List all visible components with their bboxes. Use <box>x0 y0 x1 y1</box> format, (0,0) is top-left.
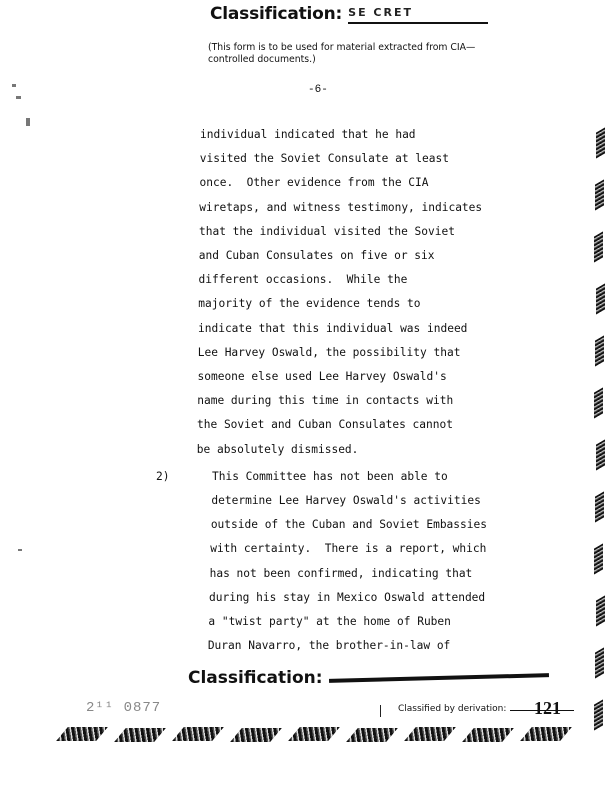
text-line: name during this time in contacts with <box>197 394 453 407</box>
border-stripe <box>596 283 605 314</box>
scan-speck <box>18 549 22 551</box>
text-line: outside of the Cuban and Soviet Embassie… <box>211 518 487 531</box>
form-note: (This form is to be used for material ex… <box>208 42 508 66</box>
border-stripe <box>230 728 282 742</box>
border-stripe <box>594 699 603 730</box>
document-page: Classification:SE CRET (This form is to … <box>0 0 612 791</box>
text-line: during his stay in Mexico Oswald attende… <box>209 591 485 604</box>
text-line: This Committee has not been able to <box>212 470 448 483</box>
border-stripe <box>346 728 398 742</box>
scan-speck <box>12 84 16 87</box>
text-line: different occasions. While the <box>199 273 408 286</box>
text-line: visited the Soviet Consulate at least <box>200 152 449 165</box>
text-line: that the individual visited the Soviet <box>199 225 455 238</box>
text-line: a "twist party" at the home of Ruben <box>208 615 450 628</box>
redaction-line <box>329 673 549 683</box>
border-stripe <box>56 727 108 741</box>
text-line: the Soviet and Cuban Consulates cannot <box>197 418 453 431</box>
text-line: wiretaps, and witness testimony, indicat… <box>199 201 482 214</box>
border-stripe <box>114 728 166 742</box>
text-line: and Cuban Consulates on five or six <box>199 249 435 262</box>
classification-label: Classification: <box>210 4 342 24</box>
text-line: Lee Harvey Oswald, the possibility that <box>198 346 461 359</box>
text-line: someone else used Lee Harvey Oswald's <box>198 370 447 383</box>
item-number-2: 2) <box>156 470 169 483</box>
border-stripe <box>462 728 514 742</box>
classification-header: Classification:SE CRET <box>210 4 488 24</box>
text-line: determine Lee Harvey Oswald's activities <box>211 494 480 507</box>
border-stripe <box>172 727 224 741</box>
text-line: has not been confirmed, indicating that <box>210 567 473 580</box>
border-stripe <box>595 335 604 366</box>
stamp-number: 2¹¹ 0877 <box>86 700 161 716</box>
border-stripe <box>595 647 604 678</box>
border-stripe <box>404 727 456 741</box>
border-stripe <box>595 491 604 522</box>
border-stripe <box>288 727 340 741</box>
derivation-label: Classified by derivation: <box>398 704 506 714</box>
classification-footer-label: Classification: <box>188 668 323 688</box>
tick-mark <box>380 705 381 717</box>
text-line: individual indicated that he had <box>200 128 416 141</box>
border-stripe <box>594 543 603 574</box>
border-stripe <box>520 727 572 741</box>
page-number: -6- <box>308 84 328 96</box>
border-stripe <box>595 179 604 210</box>
border-stripe <box>596 439 605 470</box>
text-line: with certainty. There is a report, which <box>210 542 486 555</box>
text-line: majority of the evidence tends to <box>198 297 420 310</box>
scan-speck <box>16 96 21 99</box>
border-stripe <box>594 387 603 418</box>
border-stripe <box>594 231 603 262</box>
document-number: 121 <box>534 698 561 719</box>
text-line: Duran Navarro, the brother-in-law of <box>208 639 450 652</box>
text-line: indicate that this individual was indeed <box>198 322 467 335</box>
border-stripe <box>596 595 605 626</box>
classification-mark: SE CRET <box>348 6 488 24</box>
border-stripe <box>596 127 605 158</box>
text-line: be absolutely dismissed. <box>197 443 359 456</box>
classification-footer: Classification: <box>188 668 549 688</box>
scan-speck <box>26 118 30 126</box>
text-line: once. Other evidence from the CIA <box>200 176 429 189</box>
